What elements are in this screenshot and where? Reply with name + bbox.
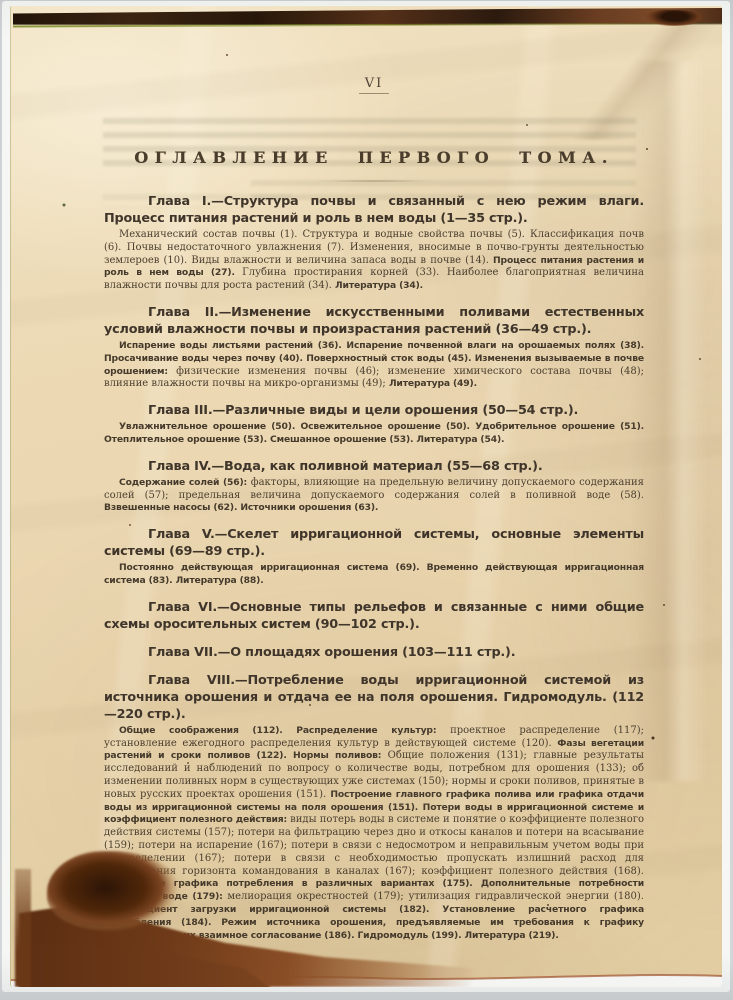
- summary-run: Увлажнительное орошение (50). Освежитель…: [104, 421, 644, 445]
- burn-stain-left-edge: [15, 869, 31, 987]
- chapter-heading: Глава II.—Изменение искусственными полив…: [104, 304, 644, 338]
- summary-run: Общие соображения (112). Распределение к…: [119, 725, 450, 736]
- chapter-summary: Испарение воды листьями растений (36). И…: [104, 340, 644, 391]
- paper-specks: [11, 6, 13, 8]
- summary-run: Содержание солей (56):: [119, 477, 251, 488]
- toc-title: ОГЛАВЛЕНИЕ ПЕРВОГО ТОМА.: [104, 148, 644, 167]
- title-rule: [315, 180, 433, 182]
- summary-run: Постоянно действующая ирригационная сист…: [104, 562, 644, 586]
- burn-stain: [19, 849, 499, 987]
- chapter-heading: Глава VI.—Основные типы рельефов и связа…: [104, 599, 644, 633]
- edge-stain-top-right: [646, 10, 704, 26]
- chapter-heading: Глава III.—Различные виды и цели орошени…: [104, 402, 644, 419]
- chapter-heading: Глава VIII.—Потребление воды ирригационн…: [104, 672, 644, 723]
- scanned-book-page: { "page": { "number": "VI", "title": "ОГ…: [0, 0, 733, 1000]
- toc-content: VI ОГЛАВЛЕНИЕ ПЕРВОГО ТОМА. Глава I.—Стр…: [104, 76, 644, 944]
- chapters-list: Глава I.—Структура почвы и связанный с н…: [104, 193, 644, 942]
- chapter-heading: Глава I.—Структура почвы и связанный с н…: [104, 193, 644, 227]
- book-page: VI ОГЛАВЛЕНИЕ ПЕРВОГО ТОМА. Глава I.—Стр…: [10, 6, 722, 987]
- chapter-heading: Глава IV.—Вода, как поливной материал (5…: [104, 458, 644, 475]
- chapter-summary: Постоянно действующая ирригационная сист…: [104, 562, 644, 588]
- chapter-heading: Глава VII.—О площадях орошения (103—111 …: [104, 644, 644, 661]
- summary-run: Литература (34).: [335, 280, 423, 291]
- summary-run: физические изменения почвы (46); изменен…: [104, 366, 644, 390]
- summary-run: Взвешенные насосы (62). Источники орошен…: [104, 502, 378, 513]
- chapter-heading: Глава V.—Скелет ирригационной системы, о…: [104, 526, 644, 560]
- chapter-summary: Механический состав почвы (1). Структура…: [104, 229, 644, 293]
- page-number-text: VI: [359, 76, 390, 94]
- chapter-summary: Содержание солей (56): факторы, влияющие…: [104, 477, 644, 515]
- summary-run: Литература (49).: [389, 378, 477, 389]
- chapter-summary: Увлажнительное орошение (50). Освежитель…: [104, 421, 644, 447]
- page-number: VI: [104, 76, 644, 94]
